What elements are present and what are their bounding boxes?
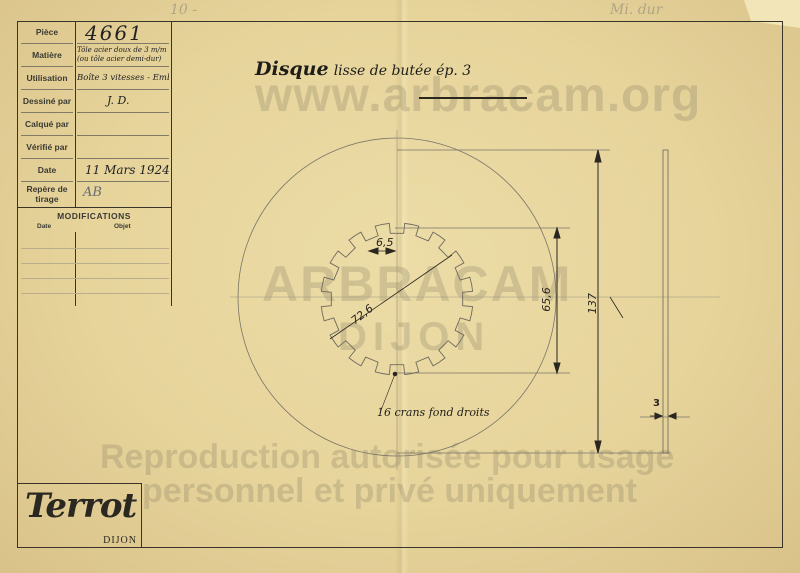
dim-inner-height: 65,6 xyxy=(540,287,553,312)
disc-drawing xyxy=(0,0,800,573)
dim-notch-width: 6,5 xyxy=(376,236,394,249)
dim-outer-diameter: 137 xyxy=(586,293,599,314)
drawing-sheet: 10 - Mi. dur www.arbracam.org ARBRACAM D… xyxy=(0,0,800,573)
dim-thickness: 3 xyxy=(653,398,660,409)
notch-note: 16 crans fond droits xyxy=(377,406,490,419)
